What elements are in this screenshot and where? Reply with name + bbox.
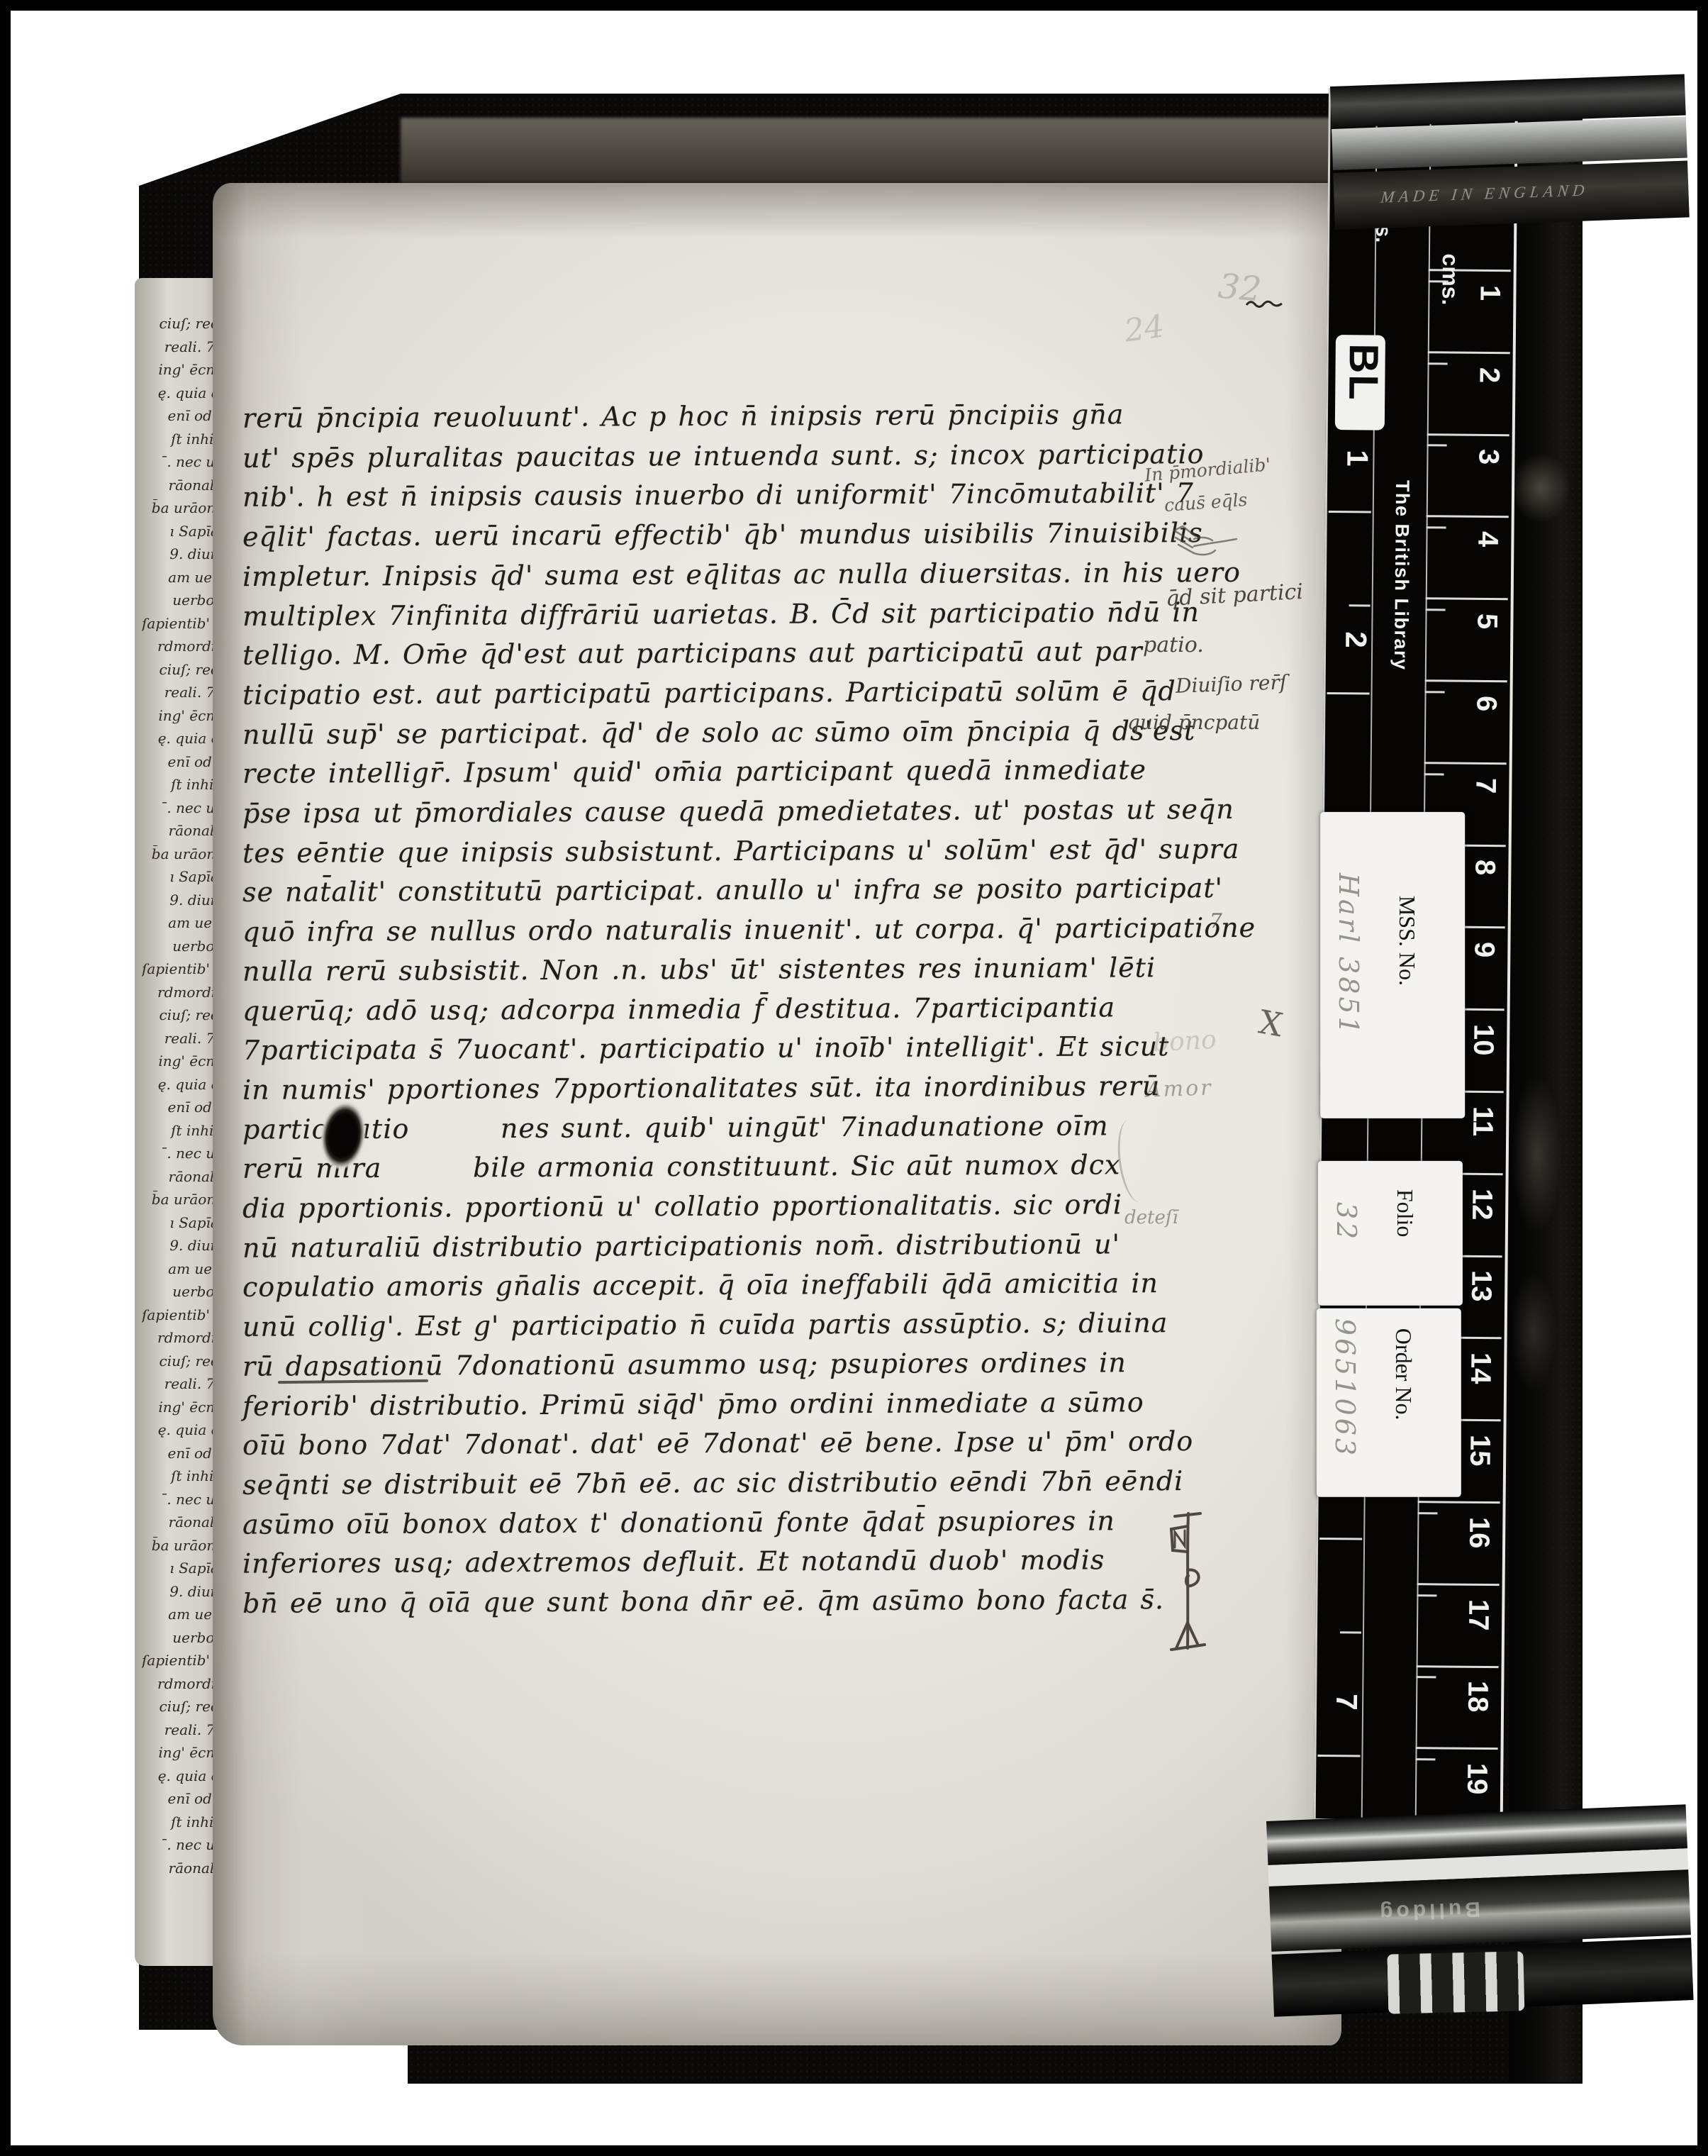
manuscript-line: nulla rerū subsistit. Non .n. ubs' ūt' s…: [242, 950, 1156, 989]
manuscript-line: rū dapsationū 7donationū asummo usq; psu…: [242, 1345, 1127, 1384]
manicule-icon: [1168, 518, 1239, 569]
manuscript-line: asūmo oīū bonox datox t' donationū fonte…: [242, 1503, 1115, 1542]
folio-label: Folio 32: [1318, 1161, 1463, 1306]
bulldog-brand-text: Bulldog: [1376, 1896, 1481, 1925]
manuscript-line: telligo. M. Om̄e q̄d'est aut participans…: [242, 633, 1143, 673]
ruler-cm-tick: [1415, 1758, 1435, 1760]
ruler-cm-number: 14: [1464, 1352, 1496, 1384]
ruler-cm-number: 12: [1466, 1188, 1497, 1220]
felt-band: [401, 118, 1336, 183]
manuscript-line: feriorib' distributio. Primū siq̄d' p̄mo…: [242, 1384, 1144, 1424]
order-no-label: Order No. 9651063: [1317, 1308, 1461, 1497]
ruler-cm-number: 13: [1465, 1270, 1497, 1302]
manuscript-line: inferiores usq; adextremos defluit. Et n…: [242, 1543, 1105, 1582]
ruler-cm-line: [1416, 1747, 1498, 1750]
ruler-cm-number: 15: [1463, 1435, 1495, 1467]
manuscript-line: ticipatio est. aut participatū participa…: [242, 673, 1176, 713]
ruler-cm-number: 6: [1470, 696, 1502, 712]
manuscript-line: quō infra se nullus ordo naturalis inuen…: [242, 910, 1256, 950]
order-no-caption: Order No.: [1390, 1328, 1417, 1421]
manuscript-line: bn̄ eē uno q̄ oīā que sunt bona dn̄r eē.…: [242, 1582, 1164, 1621]
bl-logo-text: BL: [1339, 343, 1388, 401]
ruler-cm-tick: [1416, 1677, 1436, 1679]
manuscript-line: dia pportionis. pportionū u' collatio pp…: [242, 1187, 1122, 1226]
ruler-cm-number: 7: [1469, 777, 1501, 794]
manuscript-line: nū naturaliū distributio participationis…: [242, 1226, 1120, 1265]
ruler-cm-line: [1417, 1665, 1499, 1668]
ruler-cm-number: 9: [1468, 942, 1500, 958]
manuscript-photo: ciuſ; rectereali. 7ading' ēcnuaę. quia o…: [0, 0, 1708, 2156]
ruler-cm-tick: [1417, 1594, 1436, 1596]
pencil-folio-24: 24: [1122, 308, 1167, 349]
british-library-brand: The British Library: [1390, 480, 1413, 671]
bl-logo: BL: [1335, 335, 1385, 430]
manuscript-line: seq̄nti se distribuit eē 7bn̄ eē. ac sic…: [242, 1463, 1183, 1503]
margin-note-bono-faint: bono: [1152, 1026, 1217, 1058]
monogram-icon: [1166, 1508, 1210, 1660]
manuscript-line: multiplex 7infinita diffrāriū uarietas. …: [242, 594, 1200, 634]
ruler-cm-number: 19: [1461, 1763, 1492, 1795]
ruler-cm-number: 16: [1463, 1517, 1495, 1549]
margin-note-deest: deteſī: [1124, 1207, 1178, 1228]
manuscript-line: ut' spēs pluralitas paucitas ue intuenda…: [242, 436, 1205, 476]
top-clamp-bars: MADE IN ENGLAND: [1330, 74, 1690, 234]
ruler-cm-number: 10: [1467, 1024, 1499, 1056]
cms-label: cms.: [1436, 253, 1463, 305]
ruler-cm-tick: [1417, 1512, 1437, 1514]
ruler-cm-tick: [1427, 526, 1446, 528]
ruler-cm-number: 18: [1461, 1681, 1493, 1713]
ruler-cm-tick: [1426, 609, 1446, 611]
order-no-value: 9651063: [1329, 1318, 1361, 1458]
manuscript-line: 7participata s̄ 7uocant'. participatio u…: [242, 1028, 1170, 1068]
ruler-ins-tick: [1349, 604, 1371, 606]
ruler-cm-line: [1428, 351, 1510, 354]
ruler-cm-line: [1425, 679, 1507, 682]
ruler-cm-number: 11: [1466, 1106, 1498, 1137]
ruler-cm-line: [1426, 597, 1508, 600]
ruler-cm-tick: [1427, 445, 1447, 447]
mss-no-value: Harl 3851: [1333, 873, 1364, 1037]
ruler-cm-tick: [1424, 773, 1444, 775]
margin-note-quid-principatum: quid p̄ncpatū: [1127, 711, 1260, 734]
ruler-cm-number: 1: [1473, 285, 1505, 301]
ruler-cm-tick: [1428, 362, 1448, 365]
margin-note-patio: patio.: [1143, 633, 1204, 657]
manuscript-line: unū collig'. Est g' participatio n̄ cuīd…: [242, 1305, 1168, 1345]
clamp-bar: MADE IN ENGLAND: [1333, 160, 1689, 229]
ink-scribble-icon: [1245, 298, 1286, 309]
ruler-cm-line: [1418, 1501, 1500, 1504]
ruler-strip: 1267 12345678910111213141516171819 ins. …: [1314, 88, 1518, 1820]
manuscript-line: querūq; adō usq; adcorpa inmedia f̄ dest…: [242, 989, 1115, 1028]
ruler-ins-number: 1: [1340, 450, 1374, 467]
manuscript-line: impletur. Inipsis q̄d' suma est eq̄litas…: [242, 555, 1241, 594]
ruler-ins-line: [1319, 1538, 1362, 1540]
gutter-shadow-band: [1509, 91, 1588, 2082]
manuscript-line: copulatio amoris gn̄alis accepit. q̄ oīa…: [242, 1266, 1159, 1306]
manuscript-line: p̄se ipsa ut p̄mordiales cause quedā pme…: [242, 791, 1234, 831]
ruler-ins-number: 2: [1339, 631, 1373, 648]
ruler-cm-tick: [1425, 691, 1445, 693]
folio-caption: Folio: [1392, 1189, 1418, 1238]
ruler-ins-number: 7: [1329, 1694, 1363, 1711]
ruler-cm-number: 2: [1473, 367, 1505, 383]
margin-note-amor: Amor: [1145, 1075, 1213, 1102]
bottom-clamp-rods: Bulldog: [1266, 1804, 1695, 2034]
ribbed-clip: [1387, 1951, 1524, 2013]
margin-tironian-note: 7: [1210, 909, 1222, 933]
ruler-ins-line: [1329, 511, 1371, 513]
manuscript-line: recte intelligr̄. Ipsum' quid' om̄ia par…: [242, 752, 1146, 792]
ruler-ins-line: [1327, 692, 1370, 695]
mss-no-caption: MSS. No.: [1394, 896, 1420, 986]
manuscript-line: nib'. h est n̄ inipsis causis inuerbo di…: [242, 475, 1194, 515]
manuscript-line: rerū p̄ncipia reuoluunt'. Ac p hoc n̄ in…: [242, 396, 1124, 435]
mss-no-label: MSS. No. Harl 3851: [1320, 812, 1465, 1118]
ruler-cm-line: [1417, 1583, 1500, 1586]
text-block: rerū p̄ncipia reuoluunt'. Ac p hoc n̄ in…: [242, 399, 1278, 1675]
manuscript-line: in numis' pportiones 7pportionalitates s…: [242, 1068, 1161, 1108]
ruler-cm-number: 8: [1468, 860, 1500, 876]
ruler-cm-number: 4: [1471, 531, 1503, 548]
manuscript-line: nullū sup̄' se participat. q̄d' de solo …: [242, 713, 1195, 752]
ruler-cm-line: [1424, 762, 1507, 765]
manuscript-line: eq̄lit' factas. uerū incarū effectib' q̄…: [242, 515, 1203, 555]
ruler-cm-line: [1427, 433, 1509, 436]
manuscript-line: se nat̄alit' constitutū participat. anul…: [242, 870, 1223, 910]
made-in-england-text: MADE IN ENGLAND: [1380, 181, 1590, 206]
manuscript-line: tes eēntie que inipsis subsistunt. Parti…: [242, 831, 1240, 871]
manuscript-line: participatio nes sunt. quib' uingūt' 7in…: [242, 1108, 1109, 1147]
ruler-cm-number: 17: [1462, 1599, 1494, 1630]
margin-note-divisio: Diuiſio rer̄ſ: [1175, 670, 1287, 697]
ruler-ins-tick: [1340, 1631, 1361, 1633]
folio-value: 32: [1331, 1202, 1362, 1242]
ruler-ins-line: [1317, 1755, 1360, 1757]
manuscript-line: oīū bono 7dat' 7donat'. dat' eē 7donat' …: [242, 1423, 1193, 1463]
ruler-cm-number: 3: [1472, 449, 1504, 465]
ruler-cm-line: [1427, 516, 1509, 518]
ruler-cm-number: 5: [1470, 613, 1502, 630]
manuscript-line: rerū mira bile armonia constituunt. Sic …: [242, 1148, 1121, 1187]
